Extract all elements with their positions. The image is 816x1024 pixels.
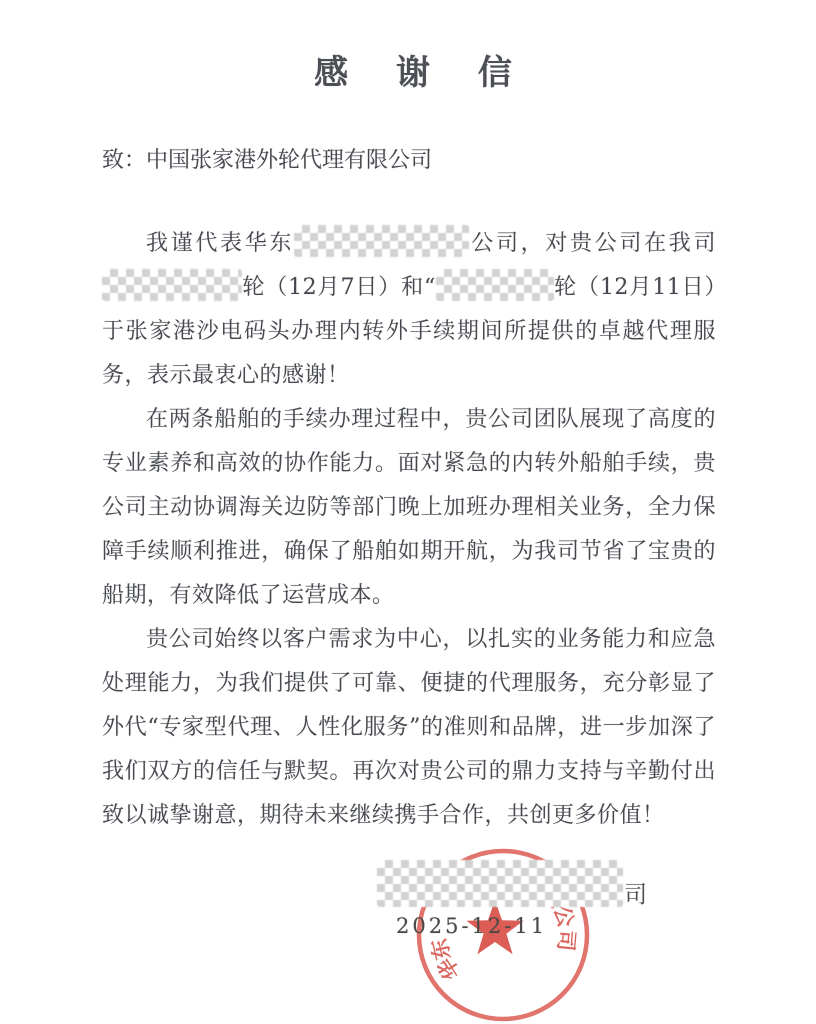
paragraph-text: 公司，对贵公司在我司 — [469, 231, 716, 256]
redaction-patch — [436, 269, 554, 301]
seal-ring-char: 限 — [537, 880, 570, 912]
paragraph-text: 我谨代表华东 — [146, 231, 294, 256]
seal-star-icon — [466, 900, 523, 954]
date-text: 2025-12-11 — [396, 914, 547, 938]
paragraph: 在两条船舶的手续办理过程中，贵公司团队展现了高度的专业素养和高效的协作能力。面对… — [102, 398, 716, 618]
signature-redaction-patch — [377, 860, 623, 907]
paragraph: 贵公司始终以客户需求为中心，以扎实的业务能力和应急处理能力，为我们提供了可靠、便… — [102, 618, 716, 838]
redaction-patch — [294, 225, 469, 257]
company-seal-stamp: 华 东 限 公 司 — [413, 845, 593, 1024]
seal-ring-char: 公 — [549, 903, 579, 930]
paragraph-text: 贵公司始终以客户需求为中心，以扎实的业务能力和应急处理能力，为我们提供了可靠、便… — [102, 627, 716, 828]
paragraph: 我谨代表华东公司，对贵公司在我司轮（12月7日）和“轮（12月11日）于张家港沙… — [102, 222, 716, 398]
seal-ring-char: 东 — [426, 936, 455, 962]
letter-title: 感 谢 信 — [14, 0, 816, 94]
seal-ring-char: 华 — [433, 953, 465, 984]
paragraph-text: 在两条船舶的手续办理过程中，贵公司团队展现了高度的专业素养和高效的协作能力。面对… — [102, 407, 716, 608]
seal-ring — [419, 851, 587, 1019]
signature-visible-suffix: 司 — [624, 876, 647, 909]
letter-body: 我谨代表华东公司，对贵公司在我司轮（12月7日）和“轮（12月11日）于张家港沙… — [102, 222, 716, 838]
letter-page: 感 谢 信 致：中国张家港外轮代理有限公司 我谨代表华东公司，对贵公司在我司轮（… — [0, 0, 816, 1024]
paragraph-text: 轮（12月7日）和“ — [242, 275, 436, 300]
redaction-patch — [102, 269, 242, 301]
seal-ring-char: 司 — [553, 929, 580, 952]
recipient-line: 致：中国张家港外轮代理有限公司 — [102, 146, 716, 176]
